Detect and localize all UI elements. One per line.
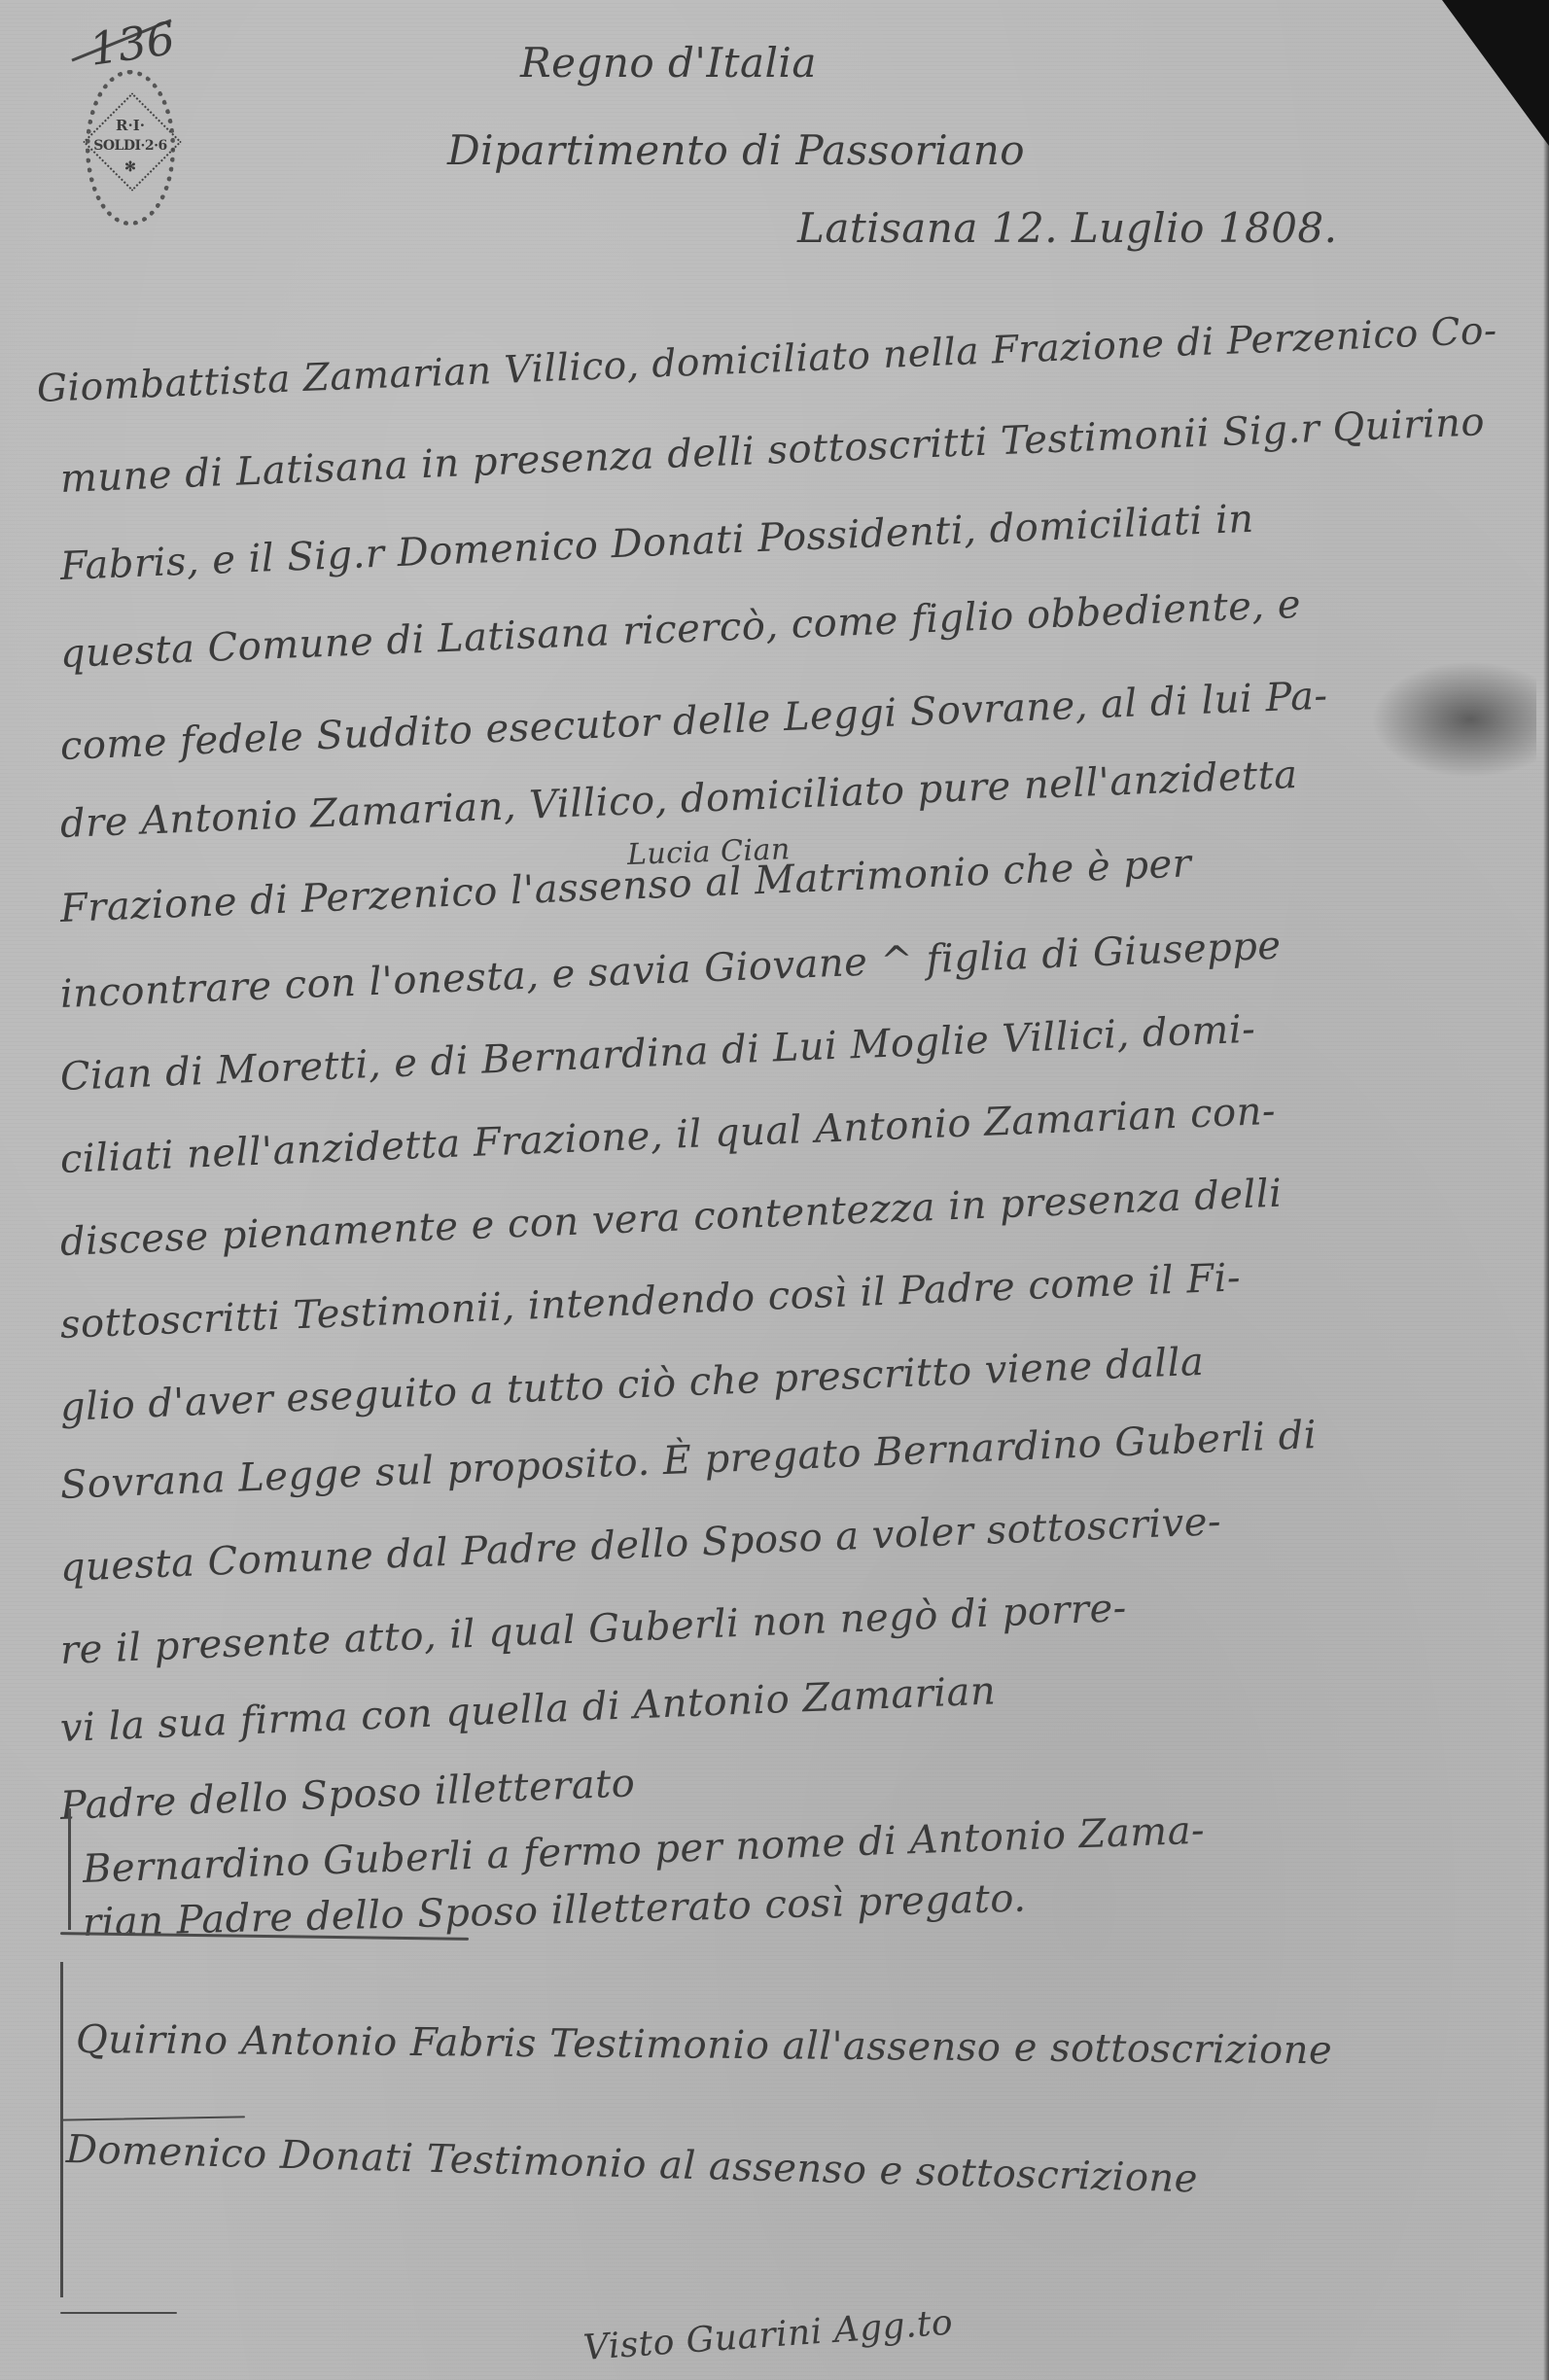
body-line-18: Padre dello Sposo illetterato <box>59 1761 636 1829</box>
signature-bracket-proxy <box>68 1808 71 1930</box>
body-line-1: Giombattista Zamarian Villico, domicilia… <box>36 309 1497 411</box>
interlinear-insertion-bride-name: Lucia Cian <box>626 832 791 872</box>
body-line-17: vi la sua firma con quella di Antonio Za… <box>59 1668 997 1751</box>
document-page: 136 R·I· SOLDI·2·6 ✻ Regno d'Italia Dipa… <box>0 0 1549 2380</box>
body-line-13: glio d'aver eseguito a tutto ciò che pre… <box>59 1340 1205 1430</box>
witness-signature-1: Quirino Antonio Fabris Testimonio all'as… <box>76 2017 1333 2073</box>
body-line-2: mune di Latisana in presenza delli sotto… <box>59 400 1486 502</box>
witness-signature-2: Domenico Donati Testimonio al assenso e … <box>65 2127 1198 2201</box>
stamp-line-1: R·I· <box>86 117 175 134</box>
revenue-stamp: R·I· SOLDI·2·6 ✻ <box>86 70 175 226</box>
body-line-6: dre Antonio Zamarian, Villico, domicilia… <box>59 752 1298 847</box>
stamp-line-2: SOLDI·2·6 <box>86 138 175 154</box>
header-department: Dipartimento di Passoriano <box>447 126 1025 174</box>
body-line-9: Cian di Moretti, e di Bernardina di Lui … <box>59 1007 1256 1100</box>
body-line-10: ciliati nell'anzidetta Frazione, il qual… <box>59 1089 1277 1182</box>
body-line-7: Frazione di Perzenico l'assenso al Matri… <box>59 841 1192 931</box>
body-line-4: questa Comune di Latisana ricercò, come … <box>59 582 1302 677</box>
signature-divider-3 <box>60 2312 177 2314</box>
body-line-11: discese pienamente e con vera contentezz… <box>59 1172 1283 1265</box>
visa-annotation: Visto Guarini Agg.to <box>582 2302 955 2367</box>
body-line-14: Sovrana Legge sul proposito. È pregato B… <box>59 1413 1318 1508</box>
signature-divider-2 <box>60 2116 245 2120</box>
body-line-8: incontrare con l'onesta, e savia Giovane… <box>59 924 1282 1017</box>
ink-smudge <box>1371 661 1536 778</box>
body-line-5: come fedele Suddito esecutor delle Leggi… <box>59 674 1328 769</box>
signature-bracket-witnesses <box>60 1962 63 2297</box>
body-line-3: Fabris, e il Sig.r Domenico Donati Possi… <box>59 497 1254 589</box>
body-line-16: re il presente atto, il qual Guberli non… <box>59 1586 1127 1673</box>
page-right-edge <box>1543 136 1549 2380</box>
header-kingdom: Regno d'Italia <box>520 39 817 87</box>
header-place-date: Latisana 12. Luglio 1808. <box>797 204 1338 252</box>
body-line-12: sottoscritti Testimonii, intendendo così… <box>59 1255 1242 1347</box>
stamp-star-icon: ✻ <box>86 159 175 175</box>
body-line-15: questa Comune dal Padre dello Sposo a vo… <box>59 1499 1222 1591</box>
catalog-number: 136 <box>87 12 178 76</box>
